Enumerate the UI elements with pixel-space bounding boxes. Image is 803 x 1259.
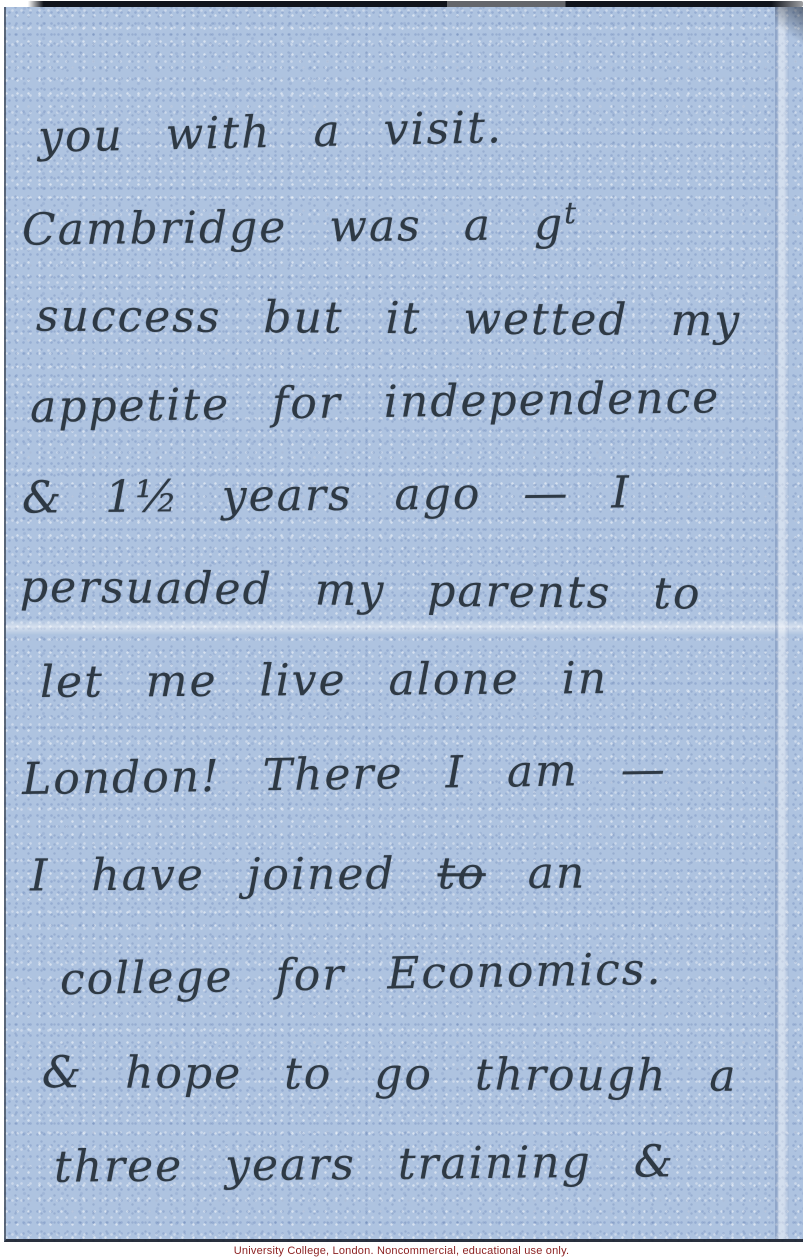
handwriting-line-5: & 1½ years ago — I	[22, 467, 631, 523]
handwriting-line-9-post: an	[486, 848, 587, 900]
footer-credit-bar: University College, London. Noncommercia…	[0, 1242, 803, 1259]
handwriting-line-9-pre: I have joined	[30, 848, 438, 901]
handwriting-line-3: success but it wetted my	[36, 291, 741, 347]
top-right-corner-shadow	[775, 7, 803, 47]
handwriting-line-12: three years training &	[54, 1136, 675, 1192]
handwriting-line-8: London! There I am —	[22, 744, 668, 805]
horizontal-fold-crease	[6, 619, 803, 635]
handwriting-line-2-text: Cambridge was a g	[22, 199, 565, 256]
handwriting-line-7: let me live alone in	[40, 653, 608, 708]
footer-credit-text: University College, London. Noncommercia…	[234, 1245, 569, 1257]
letter-page: you with a visit. Cambridge was a gt suc…	[4, 7, 803, 1242]
handwriting-line-11: & hope to go through a	[42, 1047, 738, 1102]
handwriting-line-10: college for Economics.	[60, 944, 663, 1006]
vertical-fold-crease	[775, 7, 789, 1239]
handwriting-line-6: persuaded my parents to	[20, 561, 702, 619]
scanned-letter: you with a visit. Cambridge was a gt suc…	[0, 0, 803, 1259]
handwriting-line-4: appetite for independence	[30, 372, 721, 433]
handwriting-crossed-out-word: to	[437, 848, 485, 899]
handwriting-line-9: I have joined to an	[30, 848, 587, 902]
handwriting-line-2: Cambridge was a gt	[22, 196, 579, 255]
handwriting-line-1: you with a visit.	[38, 102, 504, 163]
handwriting-superscript-t: t	[564, 196, 578, 231]
